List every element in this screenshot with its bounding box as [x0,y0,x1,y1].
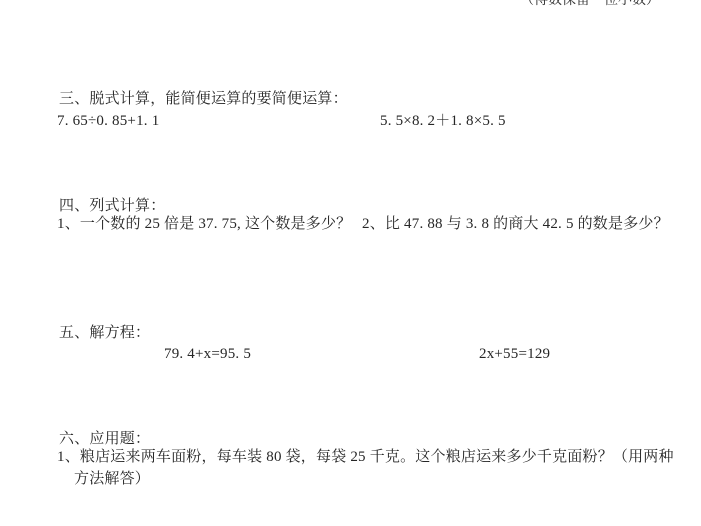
section-5-equation-1: 79. 4+x=95. 5 [164,345,251,363]
section-3-expression-1: 7. 65÷0. 85+1. 1 [57,112,159,130]
section-4-heading: 四、列式计算： [59,197,165,215]
section-6-question-1-line-1: 1、粮店运来两车面粉，每车装 80 袋，每袋 25 千克。这个粮店运来多少千克面… [57,448,674,466]
clipped-expression-middle: 6. 75÷0. 5 [400,0,457,5]
section-4-question-1: 1、一个数的 25 倍是 37. 75, 这个数是多少？ [57,215,351,233]
section-6-heading: 六、应用题： [59,430,150,448]
clipped-note-right: （得数保留一位小数） [520,0,660,8]
section-5-heading: 五、解方程： [59,324,150,342]
worksheet-page: 4. 07-2. 49 6. 75÷0. 5 （得数保留一位小数） 三、脱式计算… [0,0,701,526]
section-3-heading: 三、脱式计算，能简便运算的要简便运算： [59,90,348,108]
clipped-top-line: 4. 07-2. 49 6. 75÷0. 5 （得数保留一位小数） [0,0,701,8]
section-4-question-2: 2、比 47. 88 与 3. 8 的商大 42. 5 的数是多少？ [362,215,669,233]
section-6-question-1-line-2: 方法解答） [74,470,150,488]
section-3-expression-2: 5. 5×8. 2＋1. 8×5. 5 [380,112,506,130]
clipped-expression-left: 4. 07-2. 49 [105,0,166,5]
section-5-equation-2: 2x+55=129 [479,345,550,363]
